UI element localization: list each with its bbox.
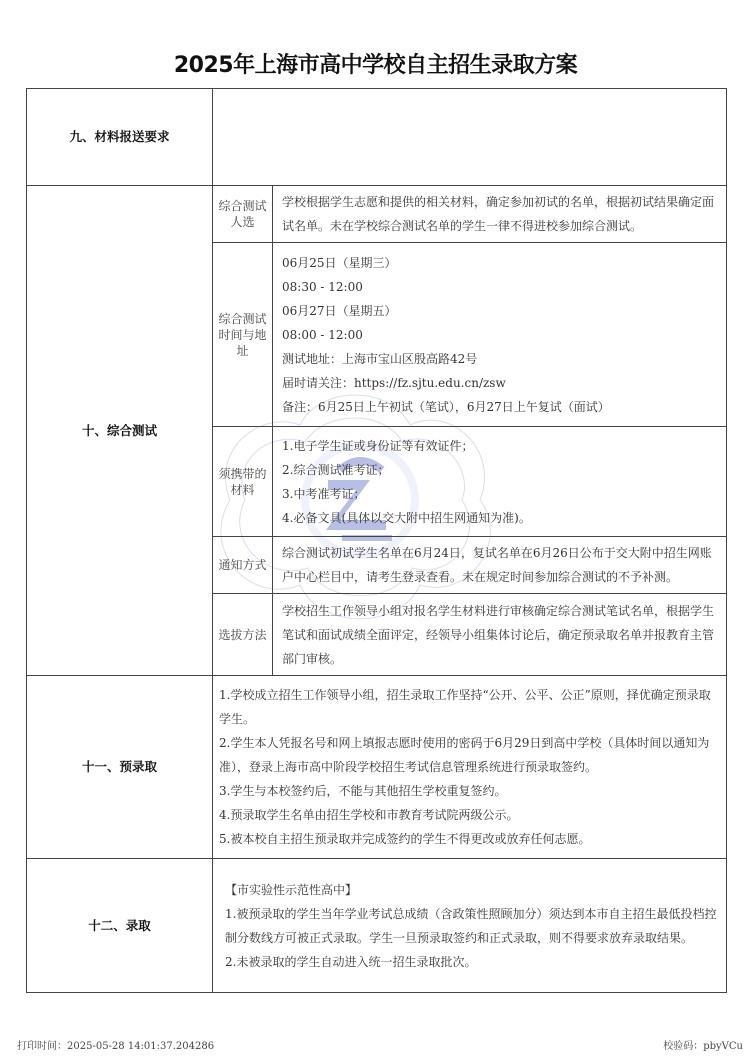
admission-category: 【市实验性示范性高中】 (225, 878, 720, 902)
test-note: 备注：6月25日上午初试（笔试），6月27日上午复试（面试） (282, 395, 720, 419)
test-row-content: 学校招生工作领导小组对报名学生材料进行审核确定综合测试笔试名单，根据学生笔试和面… (273, 594, 727, 676)
admission-plan-table: 九、材料报送要求 十、综合测试 综合测试人选 学校根据学生志愿和提供的相关材料，… (26, 88, 727, 993)
pre-admission-content: 1.学校成立招生工作领导小组，招生录取工作坚持“公开、公平、公正”原则，择优确定… (213, 676, 727, 859)
test-row-label: 通知方式 (213, 537, 273, 594)
section-admission: 十二、录取 【市实验性示范性高中】 1.被预录取的学生当年学业考试总成绩（含政策… (27, 859, 727, 993)
list-item: 2.未被录取的学生自动进入统一招生录取批次。 (225, 950, 720, 974)
schedule-date-1: 06月25日（星期三） (282, 251, 720, 275)
list-item: 2.综合测试准考证； (282, 458, 720, 482)
test-row-content: 06月25日（星期三） 08:30 - 12:00 06月27日（星期五） 08… (273, 243, 727, 427)
checksum: 校验码：pbyVCu (663, 1037, 743, 1052)
section-heading-admission: 十二、录取 (27, 859, 213, 993)
test-row-content: 学校根据学生志愿和提供的相关材料，确定参加初试的名单，根据初试结果确定面试名单。… (273, 186, 727, 243)
test-row-candidates: 十、综合测试 综合测试人选 学校根据学生志愿和提供的相关材料，确定参加初试的名单… (27, 186, 727, 243)
test-row-label: 综合测试人选 (213, 186, 273, 243)
content-line: 学校根据学生志愿和提供的相关材料，确定参加初试的名单，根据初试结果确定面试名单。… (282, 190, 720, 238)
test-row-label: 综合测试时间与地址 (213, 243, 273, 427)
list-item: 1.学校成立招生工作领导小组，招生录取工作坚持“公开、公平、公正”原则，择优确定… (219, 683, 720, 731)
test-address: 测试地址：上海市宝山区殷高路42号 (282, 347, 720, 371)
admission-content: 【市实验性示范性高中】 1.被预录取的学生当年学业考试总成绩（含政策性照顾加分）… (213, 859, 727, 993)
page-title: 2025年上海市高中学校自主招生录取方案 (0, 48, 751, 79)
section-heading-materials: 九、材料报送要求 (27, 89, 213, 186)
test-website: 届时请关注：https://fz.sjtu.edu.cn/zsw (282, 371, 720, 395)
list-item: 1.被预录取的学生当年学业考试总成绩（含政策性照顾加分）须达到本市自主招生最低投… (225, 902, 720, 950)
list-item: 4.预录取学生名单由招生学校和市教育考试院两级公示。 (219, 803, 720, 827)
list-item: 2.学生本人凭报名号和网上填报志愿时使用的密码于6月29日到高中学校（具体时间以… (219, 731, 720, 779)
test-row-label: 选拔方法 (213, 594, 273, 676)
section-heading-pre-admission: 十一、预录取 (27, 676, 213, 859)
section-heading-test: 十、综合测试 (27, 186, 213, 676)
schedule-time-2: 08:00 - 12:00 (282, 323, 720, 347)
schedule-time-1: 08:30 - 12:00 (282, 275, 720, 299)
list-item: 3.学生与本校签约后，不能与其他招生学校重复签约。 (219, 779, 720, 803)
test-row-content: 综合测试初试学生名单在6月24日，复试名单在6月26日公布于交大附中招生网账户中… (273, 537, 727, 594)
list-item: 1.电子学生证或身份证等有效证件； (282, 434, 720, 458)
test-row-label: 须携带的材料 (213, 427, 273, 537)
list-item: 4.必备文具(具体以交大附中招生网通知为准)。 (282, 506, 720, 530)
list-item: 3.中考准考证； (282, 482, 720, 506)
materials-content (213, 89, 727, 186)
section-materials: 九、材料报送要求 (27, 89, 727, 186)
print-time: 打印时间：2025-05-28 14:01:37.204286 (17, 1037, 214, 1052)
section-pre-admission: 十一、预录取 1.学校成立招生工作领导小组，招生录取工作坚持“公开、公平、公正”… (27, 676, 727, 859)
list-item: 5.被本校自主招生预录取并完成签约的学生不得更改或放弃任何志愿。 (219, 827, 720, 851)
test-row-content: 1.电子学生证或身份证等有效证件； 2.综合测试准考证； 3.中考准考证； 4.… (273, 427, 727, 537)
schedule-date-2: 06月27日（星期五） (282, 299, 720, 323)
content-line: 学校招生工作领导小组对报名学生材料进行审核确定综合测试笔试名单，根据学生笔试和面… (282, 599, 720, 671)
content-line: 综合测试初试学生名单在6月24日，复试名单在6月26日公布于交大附中招生网账户中… (282, 541, 720, 589)
